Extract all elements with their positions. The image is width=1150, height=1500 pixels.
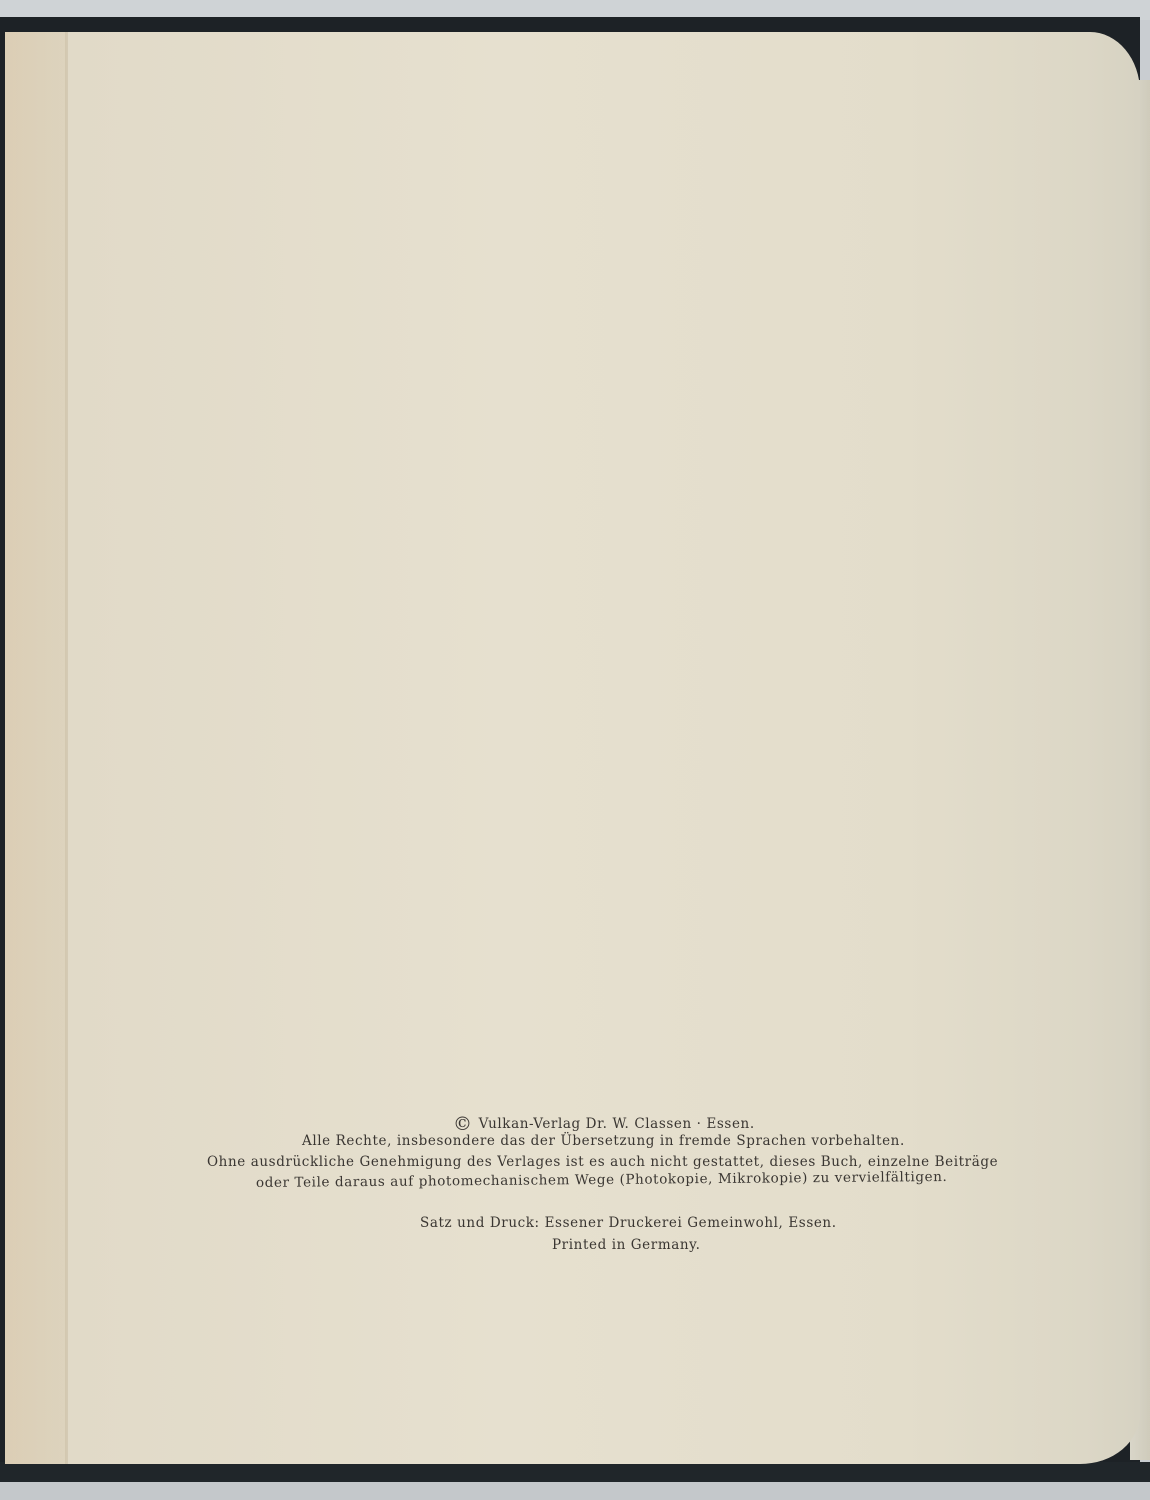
printer-line: Satz und Druck: Essener Druckerei Gemein… [420,1215,837,1231]
page-fold-line [65,32,68,1464]
page-gutter-shadow [5,32,65,1464]
publisher-text: Vulkan-Verlag Dr. W. Classen · Essen. [479,1116,755,1132]
table-surface [0,1482,1150,1500]
reproduction-line-1: Ohne ausdrückliche Genehmigung des Verla… [207,1154,998,1170]
rights-line: Alle Rechte, insbesondere das der Überse… [302,1133,905,1149]
publisher-line: ©Vulkan-Verlag Dr. W. Classen · Essen. [453,1113,755,1135]
origin-line: Printed in Germany. [552,1237,701,1253]
book-cover-bottom-edge [0,1462,1150,1482]
copyright-icon: © [453,1113,473,1135]
